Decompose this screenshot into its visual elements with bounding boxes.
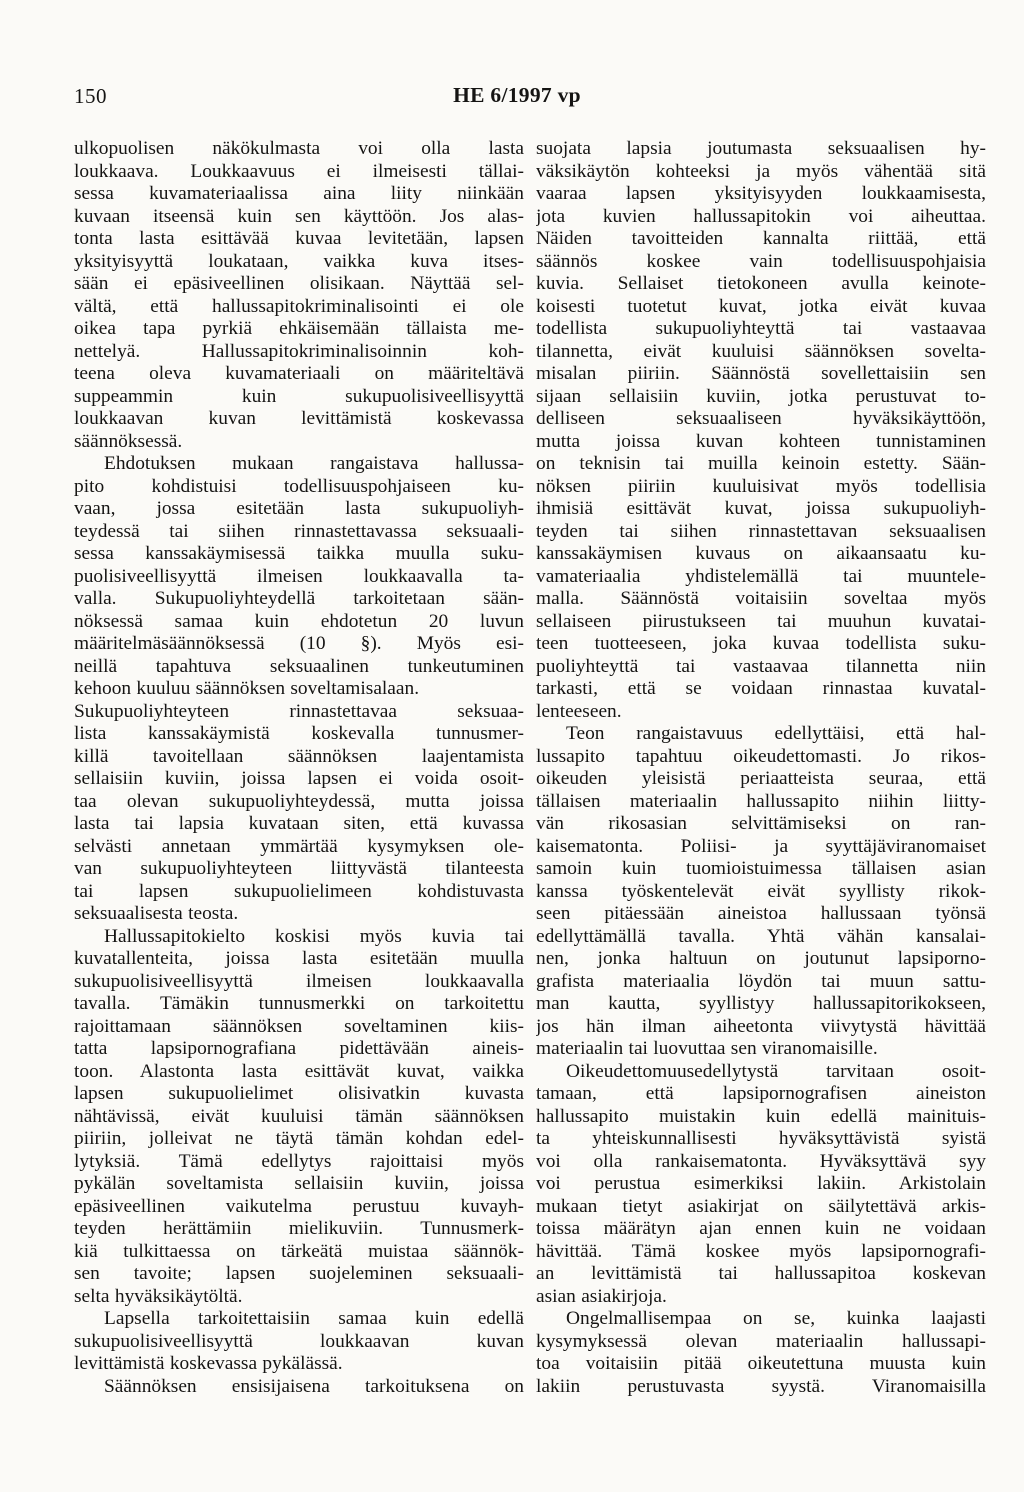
text-line: puolisiveellisyyttä ilmeisen loukkaavall… (74, 566, 524, 589)
text-line: taa olevan sukupuoliyhteydessä, mutta jo… (74, 791, 524, 814)
text-line: selta hyväksikäytöltä. (74, 1286, 524, 1309)
document-id: HE 6/1997 vp (74, 83, 960, 108)
text-line: lasta tai lapsia kuvataan siten, että ku… (74, 813, 524, 836)
text-line: Sukupuoliyhteyteen rinnastettavaa seksua… (74, 701, 524, 724)
text-line: loukkaavan kuvan levittämistä koskevassa (74, 408, 524, 431)
text-line: Teon rangaistavuus edellyttäisi, että ha… (536, 723, 986, 746)
text-line: koisesti tuotetut kuvat, jotka eivät kuv… (536, 296, 986, 319)
text-line: kuvatallenteita, joissa lasta esitetään … (74, 948, 524, 971)
text-line: ihmisiä esittävät kuvat, joissa sukupuol… (536, 498, 986, 521)
text-line: rajoittamaan säännöksen soveltaminen kii… (74, 1016, 524, 1039)
text-line: vältä, että hallussapitokriminalisointi … (74, 296, 524, 319)
text-line: seen pitäessään aineistoa hallussaan työ… (536, 903, 986, 926)
text-line: kanssa työskentelevät eivät syyllisty ri… (536, 881, 986, 904)
text-line: oikea tapa pyrkiä ehkäisemään tällaista … (74, 318, 524, 341)
text-line: kysymyksessä olevan materiaalin hallussa… (536, 1331, 986, 1354)
text-line: sellaisiin kuviin, joissa lapsen ei void… (74, 768, 524, 791)
text-line: nen, jonka haltuun on joutunut lapsiporn… (536, 948, 986, 971)
text-line: lakiin perustuvasta syystä. Viranomaisil… (536, 1376, 986, 1399)
text-line: lapsen sukupuolielimet olisivatkin kuvas… (74, 1083, 524, 1106)
text-line: toa voitaisiin pitää oikeutettuna muusta… (536, 1353, 986, 1376)
text-line: tatta lapsipornografiana pidettävään ain… (74, 1038, 524, 1061)
text-line: neillä tapahtuva seksuaalinen tunkeutumi… (74, 656, 524, 679)
text-line: kehoon kuuluu säännöksen soveltamisalaan… (74, 678, 524, 701)
text-line: valla. Sukupuoliyhteydellä tarkoitetaan … (74, 588, 524, 611)
text-line: tavalla. Tämäkin tunnusmerkki on tarkoit… (74, 993, 524, 1016)
text-line: Hallussapitokielto koskisi myös kuvia ta… (74, 926, 524, 949)
text-line: hallussapito muistakin kuin edellä maini… (536, 1106, 986, 1129)
text-line: sen tavoite; lapsen suojeleminen seksuaa… (74, 1263, 524, 1286)
text-line: kaisematonta. Poliisi- ja syyttäjävirano… (536, 836, 986, 859)
text-line: tamaan, että lapsipornografisen aineisto… (536, 1083, 986, 1106)
text-line: selvästi annetaan ymmärtää kysymyksen ol… (74, 836, 524, 859)
text-line: levittämistä koskevassa pykälässä. (74, 1353, 524, 1376)
text-line: todellista sukupuoliyhteyttä tai vastaav… (536, 318, 986, 341)
text-line: seksuaalisesta teosta. (74, 903, 524, 926)
text-line: mukaan tietyt asiakirjat on säilytettävä… (536, 1196, 986, 1219)
text-line: materiaalin tai luovuttaa sen viranomais… (536, 1038, 986, 1061)
text-line: sijaan sellaisiin kuviin, jotka perustuv… (536, 386, 986, 409)
text-line: lussapito tapahtuu oikeudettomasti. Jo r… (536, 746, 986, 769)
text-line: tilannetta, eivät kuuluisi säännöksen so… (536, 341, 986, 364)
text-line: an levittämistä tai hallussapitoa koskev… (536, 1263, 986, 1286)
text-line: lenteeseen. (536, 701, 986, 724)
text-line: samoin kuin tuomioistuimessa tällaisen a… (536, 858, 986, 881)
text-line: asian asiakirjoja. (536, 1286, 986, 1309)
text-line: nähtävissä, eivät kuuluisi tämän säännök… (74, 1106, 524, 1129)
text-line: ulkopuolisen näkökulmasta voi olla lasta (74, 138, 524, 161)
text-line: suojata lapsia joutumasta seksuaalisen h… (536, 138, 986, 161)
text-line: tonta lasta esittävää kuvaa levitetään, … (74, 228, 524, 251)
text-line: piiriin, jolleivat ne täytä tämän kohdan… (74, 1128, 524, 1151)
text-line: Lapsella tarkoitettaisiin samaa kuin ede… (74, 1308, 524, 1331)
text-line: mutta joissa kuvan kohteen tunnistaminen (536, 431, 986, 454)
text-line: puoliyhteyttä tai vastaavaa tilannetta n… (536, 656, 986, 679)
text-line: teyden herättämiin mielikuviin. Tunnusme… (74, 1218, 524, 1241)
text-line: on teknisin tai muilla keinoin estetty. … (536, 453, 986, 476)
text-line: vän rikosasian selvittämiseksi on ran- (536, 813, 986, 836)
text-line: määritelmäsäännöksessä (10 §). Myös esi- (74, 633, 524, 656)
text-line: Säännöksen ensisijaisena tarkoituksena o… (74, 1376, 524, 1399)
text-line: sään ei epäsiveellinen olisikaan. Näyttä… (74, 273, 524, 296)
page-body: ulkopuolisen näkökulmasta voi olla lasta… (74, 138, 986, 1398)
text-line: pito kohdistuisi todellisuuspohjaiseen k… (74, 476, 524, 499)
text-line: yksityisyyttä loukataan, vaikka kuva its… (74, 251, 524, 274)
text-line: malla. Säännöstä voitaisiin soveltaa myö… (536, 588, 986, 611)
text-line: tällaisen materiaalin hallussapito niihi… (536, 791, 986, 814)
text-line: toon. Alastonta lasta esittävät kuvat, v… (74, 1061, 524, 1084)
text-line: kiä tulkittaessa on tärkeätä muistaa sää… (74, 1241, 524, 1264)
text-line: Ehdotuksen mukaan rangaistava hallussa- (74, 453, 524, 476)
text-line: hävittää. Tämä koskee myös lapsipornogra… (536, 1241, 986, 1264)
text-line: oikeuden yleisistä periaatteista seuraa,… (536, 768, 986, 791)
text-line: sukupuolisiveellisyyttä loukkaavan kuvan (74, 1331, 524, 1354)
text-line: tarkasti, että se voidaan rinnastaa kuva… (536, 678, 986, 701)
text-line: Oikeudettomuusedellytystä tarvitaan osoi… (536, 1061, 986, 1084)
text-line: ta yhteiskunnallisesti hyväksyttävistä s… (536, 1128, 986, 1151)
text-line: misalan piiriin. Säännöstä sovellettaisi… (536, 363, 986, 386)
text-line: teydessä tai siihen rinnastettavassa sek… (74, 521, 524, 544)
text-line: teyden tai siihen rinnastettavan seksuaa… (536, 521, 986, 544)
text-line: killä tavoitellaan säännöksen laajentami… (74, 746, 524, 769)
text-line: kanssakäymisen kuvaus on aikaansaatu ku- (536, 543, 986, 566)
text-line: säännös koskee vain todellisuuspohjaisia (536, 251, 986, 274)
text-line: sukupuolisiveellisyyttä ilmeisen loukkaa… (74, 971, 524, 994)
text-line: jos hän ilman aiheetonta viivytystä hävi… (536, 1016, 986, 1039)
text-line: teen tuotteeseen, joka kuvaa todellista … (536, 633, 986, 656)
text-line: vamateriaalia yhdistelemällä tai muuntel… (536, 566, 986, 589)
text-line: man kautta, syyllistyy hallussapitorikok… (536, 993, 986, 1016)
text-line: tai lapsen sukupuolielimeen kohdistuvast… (74, 881, 524, 904)
text-line: kuvaan itseensä kuin sen käyttöön. Jos a… (74, 206, 524, 229)
column-left: ulkopuolisen näkökulmasta voi olla lasta… (74, 138, 524, 1398)
text-line: voi perustua esimerkiksi lakiin. Arkisto… (536, 1173, 986, 1196)
text-line: väksikäytön kohteeksi ja myös vähentää s… (536, 161, 986, 184)
document-page: 150 HE 6/1997 vp ulkopuolisen näkökulmas… (0, 0, 1024, 1492)
text-line: lista kanssakäymistä koskevalla tunnusme… (74, 723, 524, 746)
text-line: nettelyä. Hallussapitokriminalisoinnin k… (74, 341, 524, 364)
text-line: epäsiveellinen vaikutelma perustuu kuvay… (74, 1196, 524, 1219)
text-line: toissa määrätyn ajan ennen kuin ne voida… (536, 1218, 986, 1241)
text-line: lytyksiä. Tämä edellytys rajoittaisi myö… (74, 1151, 524, 1174)
text-line: jota kuvien hallussapitokin voi aiheutta… (536, 206, 986, 229)
text-line: sessa kanssakäymisessä taikka muulla suk… (74, 543, 524, 566)
text-line: van sukupuoliyhteyteen liittyvästä tilan… (74, 858, 524, 881)
text-line: säännöksessä. (74, 431, 524, 454)
text-line: pykälän soveltamista sellaisiin kuviin, … (74, 1173, 524, 1196)
text-line: teena oleva kuvamateriaali on määriteltä… (74, 363, 524, 386)
text-line: grafista materiaalia löydön tai muun sat… (536, 971, 986, 994)
text-line: vaaraa lapsen yksityisyyden loukkaamises… (536, 183, 986, 206)
text-line: vaan, jossa esitetään lasta sukupuoliyh- (74, 498, 524, 521)
text-line: kuvia. Sellaiset tietokoneen avulla kein… (536, 273, 986, 296)
text-line: loukkaava. Loukkaavuus ei ilmeisesti täl… (74, 161, 524, 184)
page-header: 150 HE 6/1997 vp (74, 83, 986, 111)
text-line: edellyttämällä tavalla. Yhtä vähän kansa… (536, 926, 986, 949)
text-line: delliseen seksuaaliseen hyväksikäyttöön, (536, 408, 986, 431)
text-line: sessa kuvamateriaalissa aina liity niink… (74, 183, 524, 206)
text-line: sellaiseen piirustukseen tai muuhun kuva… (536, 611, 986, 634)
text-line: Näiden tavoitteiden kannalta riittää, et… (536, 228, 986, 251)
text-line: nöksen piiriin kuuluisivat myös todellis… (536, 476, 986, 499)
column-right: suojata lapsia joutumasta seksuaalisen h… (536, 138, 986, 1398)
text-line: Ongelmallisempaa on se, kuinka laajasti (536, 1308, 986, 1331)
text-line: nöksessä samaa kuin ehdotetun 20 luvun (74, 611, 524, 634)
text-line: suppeammin kuin sukupuolisiveellisyyttä (74, 386, 524, 409)
text-line: voi olla rankaisematonta. Hyväksyttävä s… (536, 1151, 986, 1174)
